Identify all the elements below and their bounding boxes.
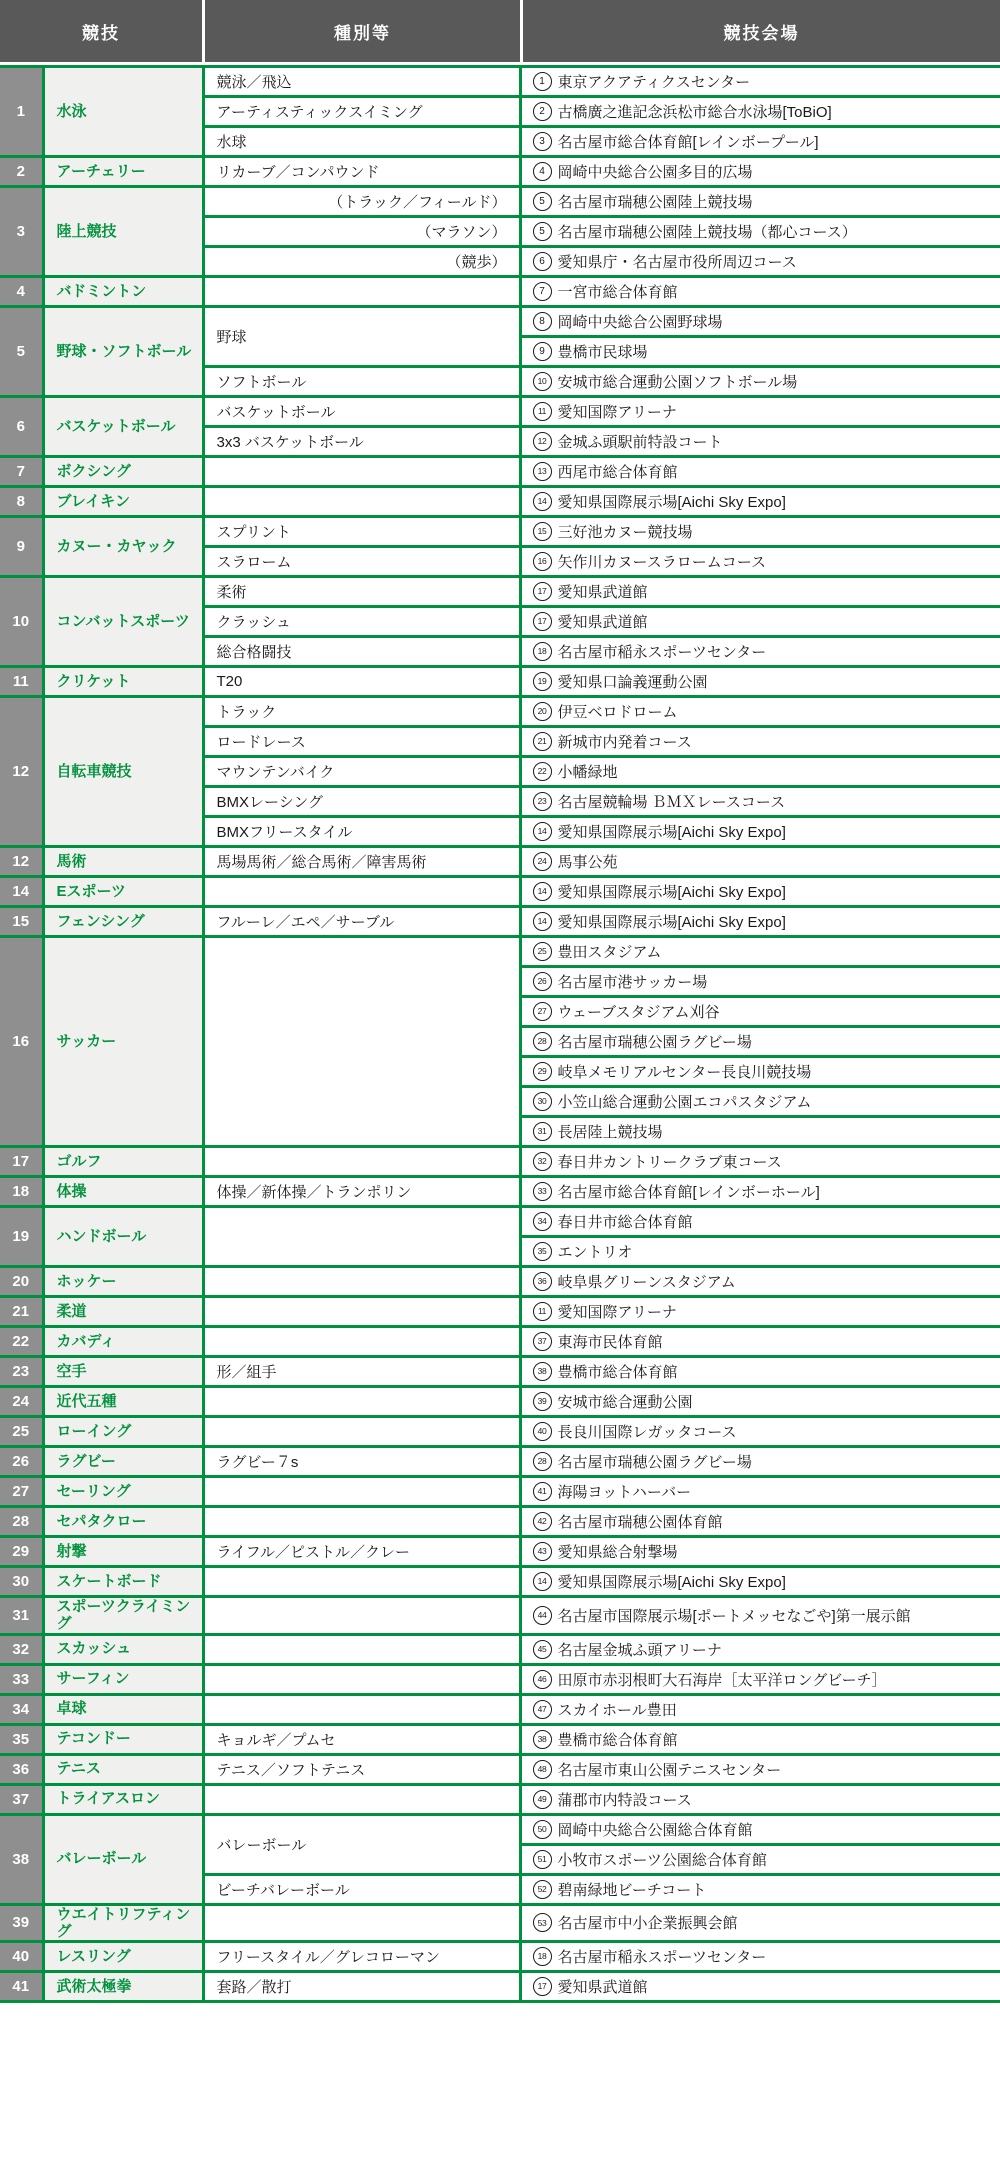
sport-name-cell: コンバットスポーツ (43, 577, 203, 667)
venue-name: 岡崎中央総合公園野球場 (558, 311, 723, 332)
discipline-cell: バレーボール (203, 1814, 520, 1874)
venue-name: 名古屋市稲永スポーツセンター (558, 1946, 767, 1967)
venue-name: 春日井市総合体育館 (558, 1211, 693, 1232)
venue-name: 馬事公苑 (558, 851, 618, 872)
venue-cell: 50岡崎中央総合公園総合体育館 (520, 1814, 1000, 1844)
sport-name-cell: 近代五種 (43, 1387, 203, 1417)
table-row: 23空手形／組手38豊橋市総合体育館 (0, 1357, 1000, 1387)
venue-entry: 12金城ふ頭駅前特設コート (533, 431, 995, 452)
sport-name-cell: スポーツクライミング (43, 1597, 203, 1635)
discipline-cell (203, 1634, 520, 1664)
discipline-cell (203, 1694, 520, 1724)
discipline-cell (203, 1327, 520, 1357)
discipline-cell: クラッシュ (203, 607, 520, 637)
venue-number-badge: 17 (533, 1977, 552, 1996)
sport-name-cell: 水泳 (43, 67, 203, 157)
sport-name-cell: バスケットボール (43, 397, 203, 457)
venue-entry: 37東海市民体育館 (533, 1331, 995, 1352)
discipline-cell: 体操／新体操／トランポリン (203, 1177, 520, 1207)
venue-number-badge: 42 (533, 1512, 552, 1531)
table-row: 41武術太極拳套路／散打17愛知県武道館 (0, 1972, 1000, 2002)
venue-cell: 47スカイホール豊田 (520, 1694, 1000, 1724)
table-row: 36テニステニス／ソフトテニス48名古屋市東山公園テニスセンター (0, 1754, 1000, 1784)
sport-number-cell: 9 (0, 517, 43, 577)
venue-number-badge: 28 (533, 1452, 552, 1471)
sport-name-cell: トライアスロン (43, 1784, 203, 1814)
sport-name-cell: サーフィン (43, 1664, 203, 1694)
venue-number-badge: 22 (533, 762, 552, 781)
venue-number-badge: 53 (533, 1913, 552, 1932)
venue-entry: 17愛知県武道館 (533, 1976, 995, 1997)
table-row: 40レスリングフリースタイル／グレコローマン18名古屋市稲永スポーツセンター (0, 1942, 1000, 1972)
venue-number-badge: 23 (533, 792, 552, 811)
table-row: 27セーリング41海陽ヨットハーバー (0, 1477, 1000, 1507)
sport-number-cell: 10 (0, 577, 43, 667)
venue-cell: 19愛知県口論義運動公園 (520, 667, 1000, 697)
venue-name: 小笠山総合運動公園エコパスタジアム (558, 1091, 812, 1112)
table-row: 10コンバットスポーツ柔術17愛知県武道館 (0, 577, 1000, 607)
venue-cell: 23名古屋競輪場 ＢＭＸレースコース (520, 787, 1000, 817)
venue-number-badge: 1 (533, 72, 552, 91)
table-row: 12自転車競技トラック20伊豆ベロドローム (0, 697, 1000, 727)
sport-name-cell: ゴルフ (43, 1147, 203, 1177)
discipline-cell: ソフトボール (203, 367, 520, 397)
venue-cell: 22小幡緑地 (520, 757, 1000, 787)
table-row: 35テコンドーキョルギ／プムセ38豊橋市総合体育館 (0, 1724, 1000, 1754)
table-row: 19ハンドボール34春日井市総合体育館 (0, 1207, 1000, 1237)
venue-entry: 6愛知県庁・名古屋市役所周辺コース (533, 251, 995, 272)
discipline-cell (203, 1567, 520, 1597)
table-row: 22カバディ37東海市民体育館 (0, 1327, 1000, 1357)
venue-number-badge: 14 (533, 822, 552, 841)
discipline-cell: 柔術 (203, 577, 520, 607)
venue-name: 愛知県国際展示場[Aichi Sky Expo] (558, 881, 786, 902)
venue-cell: 26名古屋市港サッカー場 (520, 967, 1000, 997)
venue-number-badge: 28 (533, 1032, 552, 1051)
table-row: 1水泳競泳／飛込1東京アクアティクスセンター (0, 67, 1000, 97)
venue-cell: 24馬事公苑 (520, 847, 1000, 877)
sport-number-cell: 34 (0, 1694, 43, 1724)
table-row: 31スポーツクライミング44名古屋市国際展示場[ポートメッセなごや]第一展示館 (0, 1597, 1000, 1635)
venue-name: 愛知県国際展示場[Aichi Sky Expo] (558, 1571, 786, 1592)
venue-entry: 42名古屋市瑞穂公園体育館 (533, 1511, 995, 1532)
sport-name-cell: 自転車競技 (43, 697, 203, 847)
sport-number-cell: 41 (0, 1972, 43, 2002)
sport-name-cell: 柔道 (43, 1297, 203, 1327)
sport-number-cell: 31 (0, 1597, 43, 1635)
table-row: 32スカッシュ45名古屋金城ふ頭アリーナ (0, 1634, 1000, 1664)
discipline-cell: 総合格闘技 (203, 637, 520, 667)
table-row: 24近代五種39安城市総合運動公園 (0, 1387, 1000, 1417)
discipline-cell: BMXレーシング (203, 787, 520, 817)
sport-name-cell: 射撃 (43, 1537, 203, 1567)
venue-name: 岡崎中央総合公園総合体育館 (558, 1819, 753, 1840)
venue-cell: 28名古屋市瑞穂公園ラグビー場 (520, 1447, 1000, 1477)
venue-name: 豊橋市民球場 (558, 341, 648, 362)
venue-number-badge: 49 (533, 1790, 552, 1809)
discipline-cell: （トラック／フィールド） (203, 187, 520, 217)
venue-number-badge: 33 (533, 1182, 552, 1201)
venue-number-badge: 6 (533, 252, 552, 271)
discipline-cell: リカーブ／コンパウンド (203, 157, 520, 187)
sport-number-cell: 19 (0, 1207, 43, 1267)
venue-name: 新城市内発着コース (558, 731, 692, 752)
venue-cell: 13西尾市総合体育館 (520, 457, 1000, 487)
sport-name-cell: ハンドボール (43, 1207, 203, 1267)
venue-number-badge: 45 (533, 1640, 552, 1659)
venue-entry: 19愛知県口論義運動公園 (533, 671, 995, 692)
venue-name: 愛知県国際展示場[Aichi Sky Expo] (558, 491, 786, 512)
venue-number-badge: 12 (533, 432, 552, 451)
discipline-cell: ラグビー７s (203, 1447, 520, 1477)
venue-number-badge: 9 (533, 342, 552, 361)
sport-name-cell: 卓球 (43, 1694, 203, 1724)
discipline-cell (203, 1417, 520, 1447)
discipline-cell (203, 1664, 520, 1694)
venue-entry: 53名古屋市中小企業振興会館 (533, 1912, 995, 1933)
table-header: 競技 種別等 競技会場 (0, 0, 1000, 62)
venue-entry: 20伊豆ベロドローム (533, 701, 995, 722)
venue-number-badge: 34 (533, 1212, 552, 1231)
venue-cell: 15三好池カヌー競技場 (520, 517, 1000, 547)
venue-cell: 38豊橋市総合体育館 (520, 1724, 1000, 1754)
venue-entry: 46田原市赤羽根町大石海岸［太平洋ロングビーチ］ (533, 1669, 995, 1690)
table-row: 39ウエイトリフティング53名古屋市中小企業振興会館 (0, 1904, 1000, 1942)
sport-number-cell: 16 (0, 937, 43, 1147)
venue-name: 安城市総合運動公園 (558, 1391, 693, 1412)
venue-name: 豊橋市総合体育館 (558, 1729, 678, 1750)
venue-name: 小幡緑地 (558, 761, 618, 782)
venue-number-badge: 3 (533, 132, 552, 151)
sport-name-cell: セパタクロー (43, 1507, 203, 1537)
sport-number-cell: 21 (0, 1297, 43, 1327)
venue-entry: 28名古屋市瑞穂公園ラグビー場 (533, 1451, 995, 1472)
venue-number-badge: 50 (533, 1820, 552, 1839)
table-row: 8ブレイキン14愛知県国際展示場[Aichi Sky Expo] (0, 487, 1000, 517)
discipline-cell: スラローム (203, 547, 520, 577)
venue-number-badge: 29 (533, 1062, 552, 1081)
venue-entry: 14愛知県国際展示場[Aichi Sky Expo] (533, 491, 995, 512)
venue-name: スカイホール豊田 (558, 1699, 677, 1720)
venue-name: 名古屋市瑞穂公園陸上競技場 (558, 191, 753, 212)
sport-name-cell: Eスポーツ (43, 877, 203, 907)
venue-cell: 21新城市内発着コース (520, 727, 1000, 757)
venue-number-badge: 39 (533, 1392, 552, 1411)
discipline-cell: BMXフリースタイル (203, 817, 520, 847)
sport-name-cell: カバディ (43, 1327, 203, 1357)
venue-cell: 28名古屋市瑞穂公園ラグビー場 (520, 1027, 1000, 1057)
venue-entry: 9豊橋市民球場 (533, 341, 995, 362)
venue-number-badge: 27 (533, 1002, 552, 1021)
venue-cell: 42名古屋市瑞穂公園体育館 (520, 1507, 1000, 1537)
venue-cell: 46田原市赤羽根町大石海岸［太平洋ロングビーチ］ (520, 1664, 1000, 1694)
sport-name-cell: 馬術 (43, 847, 203, 877)
venue-number-badge: 47 (533, 1700, 552, 1719)
venue-name: 愛知県武道館 (558, 581, 648, 602)
venue-number-badge: 18 (533, 1947, 552, 1966)
venue-cell: 14愛知県国際展示場[Aichi Sky Expo] (520, 487, 1000, 517)
venue-entry: 32春日井カントリークラブ東コース (533, 1151, 995, 1172)
discipline-cell (203, 1597, 520, 1635)
venue-cell: 14愛知県国際展示場[Aichi Sky Expo] (520, 907, 1000, 937)
venue-name: 愛知国際アリーナ (558, 401, 677, 422)
venue-cell: 5名古屋市瑞穂公園陸上競技場（都心コース） (520, 217, 1000, 247)
venue-name: 名古屋市総合体育館[レインボープール] (558, 131, 819, 152)
discipline-cell: ロードレース (203, 727, 520, 757)
venue-cell: 17愛知県武道館 (520, 607, 1000, 637)
discipline-cell (203, 1387, 520, 1417)
venue-entry: 31長居陸上競技場 (533, 1121, 995, 1142)
venue-cell: 7一宮市総合体育館 (520, 277, 1000, 307)
venue-cell: 14愛知県国際展示場[Aichi Sky Expo] (520, 877, 1000, 907)
venue-name: 豊田スタジアム (558, 941, 662, 962)
venue-name: 西尾市総合体育館 (558, 461, 678, 482)
venue-number-badge: 38 (533, 1730, 552, 1749)
venue-cell: 17愛知県武道館 (520, 577, 1000, 607)
table-row: 12馬術馬場馬術／総合馬術／障害馬術24馬事公苑 (0, 847, 1000, 877)
sport-name-cell: サッカー (43, 937, 203, 1147)
venue-name: 名古屋金城ふ頭アリーナ (558, 1639, 722, 1660)
venue-number-badge: 26 (533, 972, 552, 991)
sport-number-cell: 22 (0, 1327, 43, 1357)
venue-cell: 53名古屋市中小企業振興会館 (520, 1904, 1000, 1942)
venue-name: 名古屋市瑞穂公園ラグビー場 (558, 1451, 752, 1472)
discipline-cell: 競泳／飛込 (203, 67, 520, 97)
sport-name-cell: レスリング (43, 1942, 203, 1972)
venue-cell: 38豊橋市総合体育館 (520, 1357, 1000, 1387)
venue-entry: 10安城市総合運動公園ソフトボール場 (533, 371, 995, 392)
venue-number-badge: 8 (533, 312, 552, 331)
venue-number-badge: 44 (533, 1606, 552, 1625)
venue-cell: 30小笠山総合運動公園エコパスタジアム (520, 1087, 1000, 1117)
venue-number-badge: 13 (533, 462, 552, 481)
venue-number-badge: 30 (533, 1092, 552, 1111)
venue-cell: 18名古屋市稲永スポーツセンター (520, 1942, 1000, 1972)
venue-cell: 14愛知県国際展示場[Aichi Sky Expo] (520, 817, 1000, 847)
venue-entry: 30小笠山総合運動公園エコパスタジアム (533, 1091, 995, 1112)
venue-entry: 3名古屋市総合体育館[レインボープール] (533, 131, 995, 152)
venue-cell: 34春日井市総合体育館 (520, 1207, 1000, 1237)
venue-cell: 4岡崎中央総合公園多目的広場 (520, 157, 1000, 187)
venue-name: 豊橋市総合体育館 (558, 1361, 678, 1382)
venue-cell: 2古橋廣之進記念浜松市総合水泳場[ToBiO] (520, 97, 1000, 127)
venue-entry: 17愛知県武道館 (533, 611, 995, 632)
sport-number-cell: 8 (0, 487, 43, 517)
venue-name: 名古屋市瑞穂公園ラグビー場 (558, 1031, 752, 1052)
venue-entry: 40長良川国際レガッタコース (533, 1421, 995, 1442)
discipline-cell (203, 1297, 520, 1327)
venue-name: 名古屋市東山公園テニスセンター (558, 1759, 782, 1780)
venue-cell: 40長良川国際レガッタコース (520, 1417, 1000, 1447)
venue-cell: 37東海市民体育館 (520, 1327, 1000, 1357)
venue-cell: 16矢作川カヌースラロームコース (520, 547, 1000, 577)
sport-number-cell: 30 (0, 1567, 43, 1597)
venue-entry: 2古橋廣之進記念浜松市総合水泳場[ToBiO] (533, 101, 995, 122)
venue-cell: 18名古屋市稲永スポーツセンター (520, 637, 1000, 667)
sport-number-cell: 40 (0, 1942, 43, 1972)
table-row: 37トライアスロン49蒲郡市内特設コース (0, 1784, 1000, 1814)
sport-name-cell: ウエイトリフティング (43, 1904, 203, 1942)
sport-name-cell: バドミントン (43, 277, 203, 307)
sport-number-cell: 20 (0, 1267, 43, 1297)
venue-cell: 9豊橋市民球場 (520, 337, 1000, 367)
venue-number-badge: 11 (533, 402, 552, 421)
venue-cell: 52碧南緑地ビーチコート (520, 1874, 1000, 1904)
venue-name: 愛知国際アリーナ (558, 1301, 677, 1322)
table-row: 16サッカー25豊田スタジアム (0, 937, 1000, 967)
table-row: 28セパタクロー42名古屋市瑞穂公園体育館 (0, 1507, 1000, 1537)
venue-cell: 29岐阜メモリアルセンター長良川競技場 (520, 1057, 1000, 1087)
discipline-cell: （マラソン） (203, 217, 520, 247)
venue-name: 東海市民体育館 (558, 1331, 663, 1352)
discipline-cell: バスケットボール (203, 397, 520, 427)
venue-number-badge: 21 (533, 732, 552, 751)
sport-number-cell: 24 (0, 1387, 43, 1417)
sport-name-cell: バレーボール (43, 1814, 203, 1904)
venue-entry: 28名古屋市瑞穂公園ラグビー場 (533, 1031, 995, 1052)
venue-name: 名古屋市瑞穂公園体育館 (558, 1511, 723, 1532)
venue-name: 小牧市スポーツ公園総合体育館 (558, 1849, 767, 1870)
venue-entry: 13西尾市総合体育館 (533, 461, 995, 482)
venue-number-badge: 25 (533, 942, 552, 961)
venue-name: 愛知県武道館 (558, 1976, 648, 1997)
venue-entry: 1東京アクアティクスセンター (533, 71, 995, 92)
venue-name: 碧南緑地ビーチコート (558, 1879, 707, 1900)
discipline-cell: 形／組手 (203, 1357, 520, 1387)
sport-number-cell: 37 (0, 1784, 43, 1814)
venue-name: 蒲郡市内特設コース (558, 1789, 692, 1810)
venue-name: 名古屋市稲永スポーツセンター (558, 641, 767, 662)
sport-number-cell: 38 (0, 1814, 43, 1904)
venue-entry: 38豊橋市総合体育館 (533, 1729, 995, 1750)
sport-name-cell: ブレイキン (43, 487, 203, 517)
venue-cell: 51小牧市スポーツ公園総合体育館 (520, 1844, 1000, 1874)
venue-name: 愛知県庁・名古屋市役所周辺コース (558, 251, 797, 272)
table-row: 34卓球47スカイホール豊田 (0, 1694, 1000, 1724)
discipline-cell: 3x3 バスケットボール (203, 427, 520, 457)
header-col-sport: 競技 (0, 0, 202, 62)
sport-number-cell: 12 (0, 847, 43, 877)
venue-entry: 5名古屋市瑞穂公園陸上競技場 (533, 191, 995, 212)
venue-number-badge: 14 (533, 912, 552, 931)
sport-name-cell: テコンドー (43, 1724, 203, 1754)
table-row: 25ローイング40長良川国際レガッタコース (0, 1417, 1000, 1447)
venue-name: 三好池カヌー競技場 (558, 521, 693, 542)
discipline-cell (203, 1784, 520, 1814)
venue-cell: 36岐阜県グリーンスタジアム (520, 1267, 1000, 1297)
venue-number-badge: 41 (533, 1482, 552, 1501)
venue-entry: 47スカイホール豊田 (533, 1699, 995, 1720)
venue-number-badge: 5 (533, 222, 552, 241)
venue-name: 岐阜メモリアルセンター長良川競技場 (558, 1061, 812, 1082)
discipline-cell (203, 877, 520, 907)
venue-entry: 7一宮市総合体育館 (533, 281, 995, 302)
table-row: 11クリケットT2019愛知県口論義運動公園 (0, 667, 1000, 697)
venue-number-badge: 17 (533, 612, 552, 631)
venue-name: 名古屋市港サッカー場 (558, 971, 708, 992)
venue-name: 愛知県国際展示場[Aichi Sky Expo] (558, 821, 786, 842)
sport-name-cell: クリケット (43, 667, 203, 697)
venue-cell: 49蒲郡市内特設コース (520, 1784, 1000, 1814)
venue-cell: 20伊豆ベロドローム (520, 697, 1000, 727)
venue-name: ウェーブスタジアム刈谷 (558, 1001, 720, 1022)
discipline-cell: フリースタイル／グレコローマン (203, 1942, 520, 1972)
venue-cell: 10安城市総合運動公園ソフトボール場 (520, 367, 1000, 397)
venue-cell: 35エントリオ (520, 1237, 1000, 1267)
venue-cell: 11愛知国際アリーナ (520, 1297, 1000, 1327)
sport-number-cell: 32 (0, 1634, 43, 1664)
venue-number-badge: 16 (533, 552, 552, 571)
sport-name-cell: スケートボード (43, 1567, 203, 1597)
sport-number-cell: 29 (0, 1537, 43, 1567)
venue-cell: 44名古屋市国際展示場[ポートメッセなごや]第一展示館 (520, 1597, 1000, 1635)
venue-name: 春日井カントリークラブ東コース (558, 1151, 782, 1172)
venue-cell: 27ウェーブスタジアム刈谷 (520, 997, 1000, 1027)
venue-name: 岐阜県グリーンスタジアム (558, 1271, 736, 1292)
sport-number-cell: 2 (0, 157, 43, 187)
venue-cell: 6愛知県庁・名古屋市役所周辺コース (520, 247, 1000, 277)
venue-number-badge: 18 (533, 642, 552, 661)
table-row: 6バスケットボールバスケットボール11愛知国際アリーナ (0, 397, 1000, 427)
venue-entry: 51小牧市スポーツ公園総合体育館 (533, 1849, 995, 1870)
venue-number-badge: 36 (533, 1272, 552, 1291)
venue-entry: 29岐阜メモリアルセンター長良川競技場 (533, 1061, 995, 1082)
venue-name: 長良川国際レガッタコース (558, 1421, 737, 1442)
venue-entry: 14愛知県国際展示場[Aichi Sky Expo] (533, 881, 995, 902)
venue-entry: 24馬事公苑 (533, 851, 995, 872)
venue-cell: 31長居陸上競技場 (520, 1117, 1000, 1147)
table-row: 17ゴルフ32春日井カントリークラブ東コース (0, 1147, 1000, 1177)
venue-entry: 23名古屋競輪場 ＢＭＸレースコース (533, 791, 995, 812)
table-row: 15フェンシングフルーレ／エペ／サーブル14愛知県国際展示場[Aichi Sky… (0, 907, 1000, 937)
venue-name: 愛知県国際展示場[Aichi Sky Expo] (558, 911, 786, 932)
sport-name-cell: テニス (43, 1754, 203, 1784)
table-row: 14Eスポーツ14愛知県国際展示場[Aichi Sky Expo] (0, 877, 1000, 907)
venue-number-badge: 20 (533, 702, 552, 721)
discipline-cell: 野球 (203, 307, 520, 367)
venue-entry: 21新城市内発着コース (533, 731, 995, 752)
sport-number-cell: 3 (0, 187, 43, 277)
sport-number-cell: 33 (0, 1664, 43, 1694)
venue-entry: 44名古屋市国際展示場[ポートメッセなごや]第一展示館 (533, 1605, 995, 1626)
venue-name: 安城市総合運動公園ソフトボール場 (558, 371, 798, 392)
table-row: 5野球・ソフトボール野球8岡崎中央総合公園野球場 (0, 307, 1000, 337)
venue-entry: 25豊田スタジアム (533, 941, 995, 962)
venue-cell: 1東京アクアティクスセンター (520, 67, 1000, 97)
table-row: 33サーフィン46田原市赤羽根町大石海岸［太平洋ロングビーチ］ (0, 1664, 1000, 1694)
venue-entry: 35エントリオ (533, 1241, 995, 1262)
venue-name: 矢作川カヌースラロームコース (558, 551, 767, 572)
sport-number-cell: 25 (0, 1417, 43, 1447)
discipline-cell (203, 277, 520, 307)
venue-entry: 26名古屋市港サッカー場 (533, 971, 995, 992)
venue-number-badge: 11 (533, 1302, 552, 1321)
sport-number-cell: 14 (0, 877, 43, 907)
venue-name: 名古屋市総合体育館[レインボーホール] (558, 1181, 820, 1202)
venue-name: 田原市赤羽根町大石海岸［太平洋ロングビーチ］ (558, 1669, 887, 1690)
sport-name-cell: ローイング (43, 1417, 203, 1447)
venue-name: 愛知県口論義運動公園 (558, 671, 708, 692)
discipline-cell: ビーチバレーボール (203, 1874, 520, 1904)
venue-number-badge: 5 (533, 192, 552, 211)
sport-number-cell: 7 (0, 457, 43, 487)
venue-entry: 33名古屋市総合体育館[レインボーホール] (533, 1181, 995, 1202)
table-row: 7ボクシング13西尾市総合体育館 (0, 457, 1000, 487)
sport-name-cell: ボクシング (43, 457, 203, 487)
venue-cell: 17愛知県武道館 (520, 1972, 1000, 2002)
discipline-cell: ライフル／ピストル／クレー (203, 1537, 520, 1567)
venue-cell: 33名古屋市総合体育館[レインボーホール] (520, 1177, 1000, 1207)
